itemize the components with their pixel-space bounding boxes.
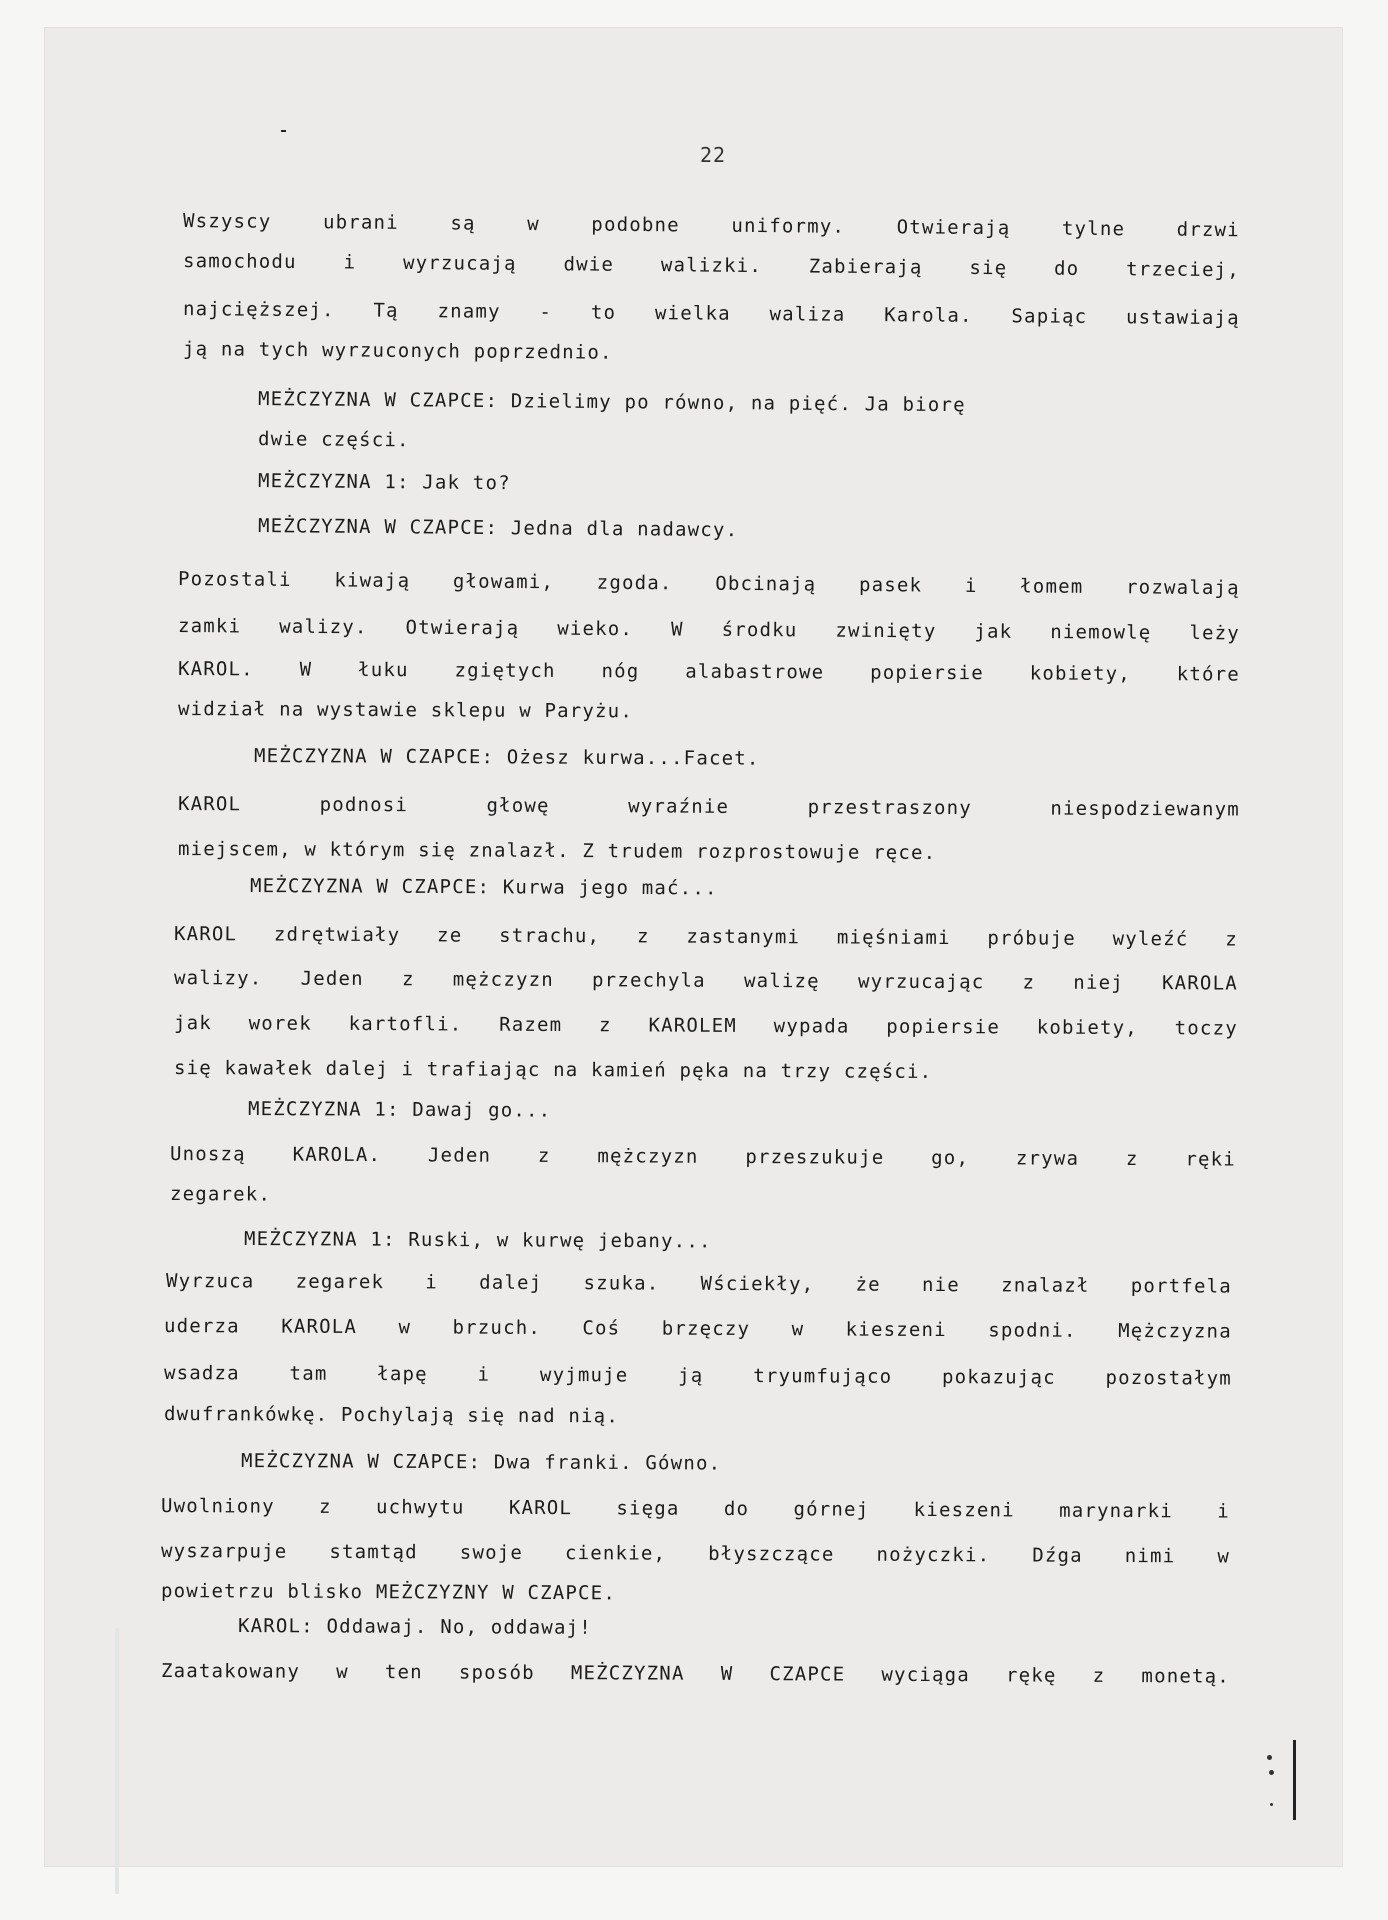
margin-dot-mark [1270,1803,1273,1806]
text-line: dwufrankówkę. Pochylają się nad nią. [164,1403,619,1427]
dialogue-line: KAROL: Oddawaj. No, oddawaj! [238,1615,592,1639]
paper-fold-shadow [115,1628,119,1894]
text-line: zegarek. [170,1183,271,1206]
margin-dot-mark [1269,1770,1274,1775]
dialogue-line: MEŻCZYZNA W CZAPCE: Kurwa jego mać... [250,875,718,899]
text-line: się kawałek dalej i trafiając na kamień … [174,1057,932,1083]
text-line: ją na tych wyrzuconych poprzednio. [183,338,613,364]
dialogue-line: MEŻCZYZNA W CZAPCE: Jedna dla nadawcy. [258,515,738,541]
margin-bar-mark [1293,1740,1296,1820]
dialogue-line: MEŻCZYZNA 1: Dawaj go... [248,1098,551,1122]
page-number: 22 [700,143,726,167]
text-line: widział na wystawie sklepu w Paryżu. [178,698,633,722]
dialogue-line: dwie części. [258,428,410,451]
dialogue-line: MEŻCZYZNA W CZAPCE: Ożesz kurwa...Facet. [254,745,760,770]
text-line: powietrzu blisko MEŻCZYZNY W CZAPCE. [161,1580,616,1604]
dialogue-line: MEŻCZYZNA 1: Jak to? [258,470,511,494]
dialogue-line: MEŻCZYZNA 1: Ruski, w kurwę jebany... [244,1228,712,1252]
margin-dot-mark [1267,1755,1272,1760]
text-line: miejscem, w którym się znalazł. Z trudem… [178,838,936,864]
stray-dash-mark [281,130,286,132]
dialogue-line: MEŻCZYZNA W CZAPCE: Dwa franki. Gówno. [241,1450,721,1475]
